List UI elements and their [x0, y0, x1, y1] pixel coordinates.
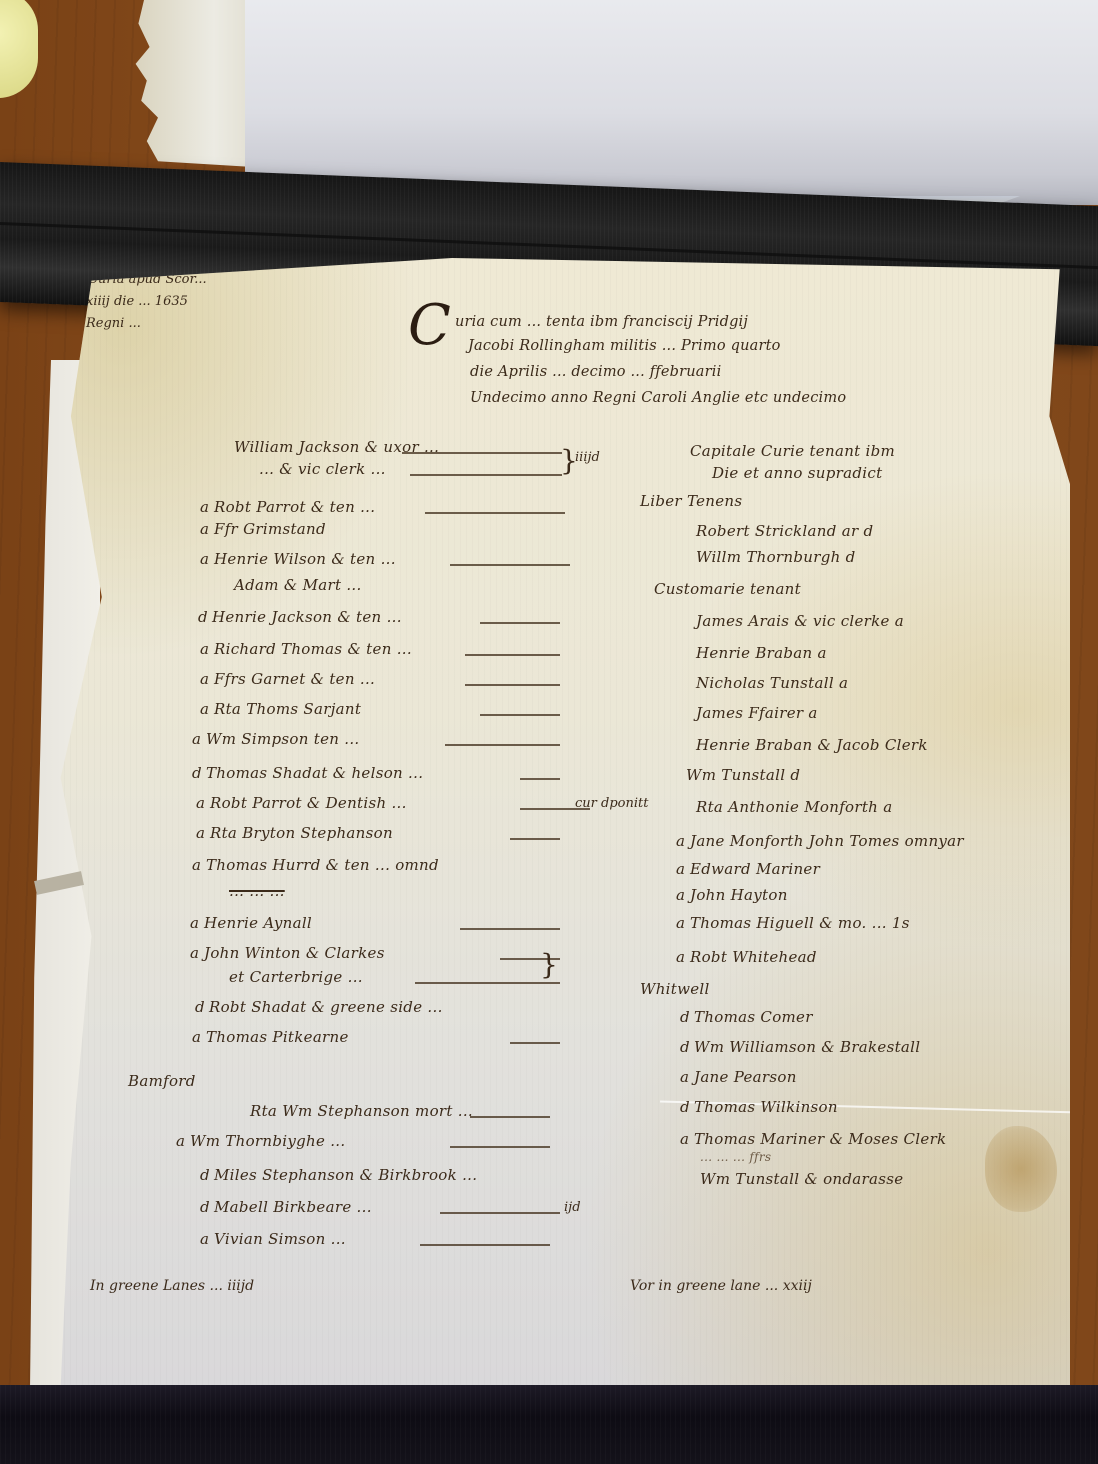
entry-rule	[402, 452, 562, 454]
entry-rule	[480, 622, 560, 624]
footer-left: In greene Lanes ... iiijd	[90, 1278, 254, 1294]
right-entry-25: ... ... ... ffrs	[700, 1150, 771, 1164]
left-entry-4: aFfr Grimstand	[200, 520, 326, 538]
entry-rule	[480, 714, 560, 716]
left-entry-18: aJohn Winton & Clarkes	[190, 944, 385, 962]
section-marker: Bamford	[128, 1072, 196, 1090]
entry-rule	[420, 1244, 550, 1246]
right-entry-26: Wm Tunstall & ondarasse	[700, 1170, 903, 1188]
right-entry-15: aEdward Mariner	[676, 860, 820, 878]
left-lower-entry-2: aWm Thornbiyghe ...	[176, 1132, 345, 1150]
leather-binding-bottom	[0, 1385, 1098, 1464]
entry-rule	[440, 1212, 560, 1214]
right-entry-18: aRobt Whitehead	[676, 948, 817, 966]
left-entry-8: aRichard Thomas & ten ...	[200, 640, 412, 658]
right-entry-5: Willm Thornburgh d	[696, 548, 856, 566]
left-lower-entry-5: aVivian Simson ...	[200, 1230, 346, 1248]
left-entry-6: Adam & Mart ...	[220, 576, 362, 594]
right-entry-9: Nicholas Tunstall a	[696, 674, 848, 692]
manuscript-page: Curia apud Scor... xiiij die ... 1635 Re…	[40, 258, 1070, 1388]
left-entry-11: aWm Simpson ten ...	[192, 730, 360, 748]
entry-rule	[510, 838, 560, 840]
left-entry-3: aRobt Parrot & ten ...	[200, 498, 375, 516]
left-lower-entry-1: Rta Wm Stephanson mort ...	[236, 1102, 473, 1120]
margin-note-line-2: xiiij die ... 1635	[86, 294, 188, 309]
left-entry-2: ... & vic clerk ...	[245, 460, 386, 478]
entry-rule	[410, 474, 562, 476]
margin-note-line-3: Regni ...	[86, 316, 141, 331]
photo-scene: Curia apud Scor... xiiij die ... 1635 Re…	[0, 0, 1098, 1464]
entry-rule	[460, 928, 560, 930]
heading-line-3: die Aprilis ... decimo ... ffebruarii	[470, 364, 721, 380]
left-entry-20: dRobt Shadat & greene side ...	[195, 998, 443, 1016]
entry-rule	[450, 564, 570, 566]
right-entry-22: aJane Pearson	[680, 1068, 797, 1086]
right-entry-14: aJane Monforth John Tomes omnyar	[676, 832, 964, 850]
left-entry-10: aRta Thoms Sarjant	[200, 700, 361, 718]
right-entry-2: Die et anno supradict	[712, 464, 882, 482]
heading-line-4: Undecimo anno Regni Caroli Anglie etc un…	[470, 390, 846, 406]
entry-rule	[445, 744, 560, 746]
right-entry-19: Whitwell	[640, 980, 710, 998]
left-entry-5: aHenrie Wilson & ten ...	[200, 550, 396, 568]
left-lower-entry-4: dMabell Birkbeare ...	[200, 1198, 372, 1216]
left-entry-21: aThomas Pitkearne	[192, 1028, 349, 1046]
left-entry-7: dHenrie Jackson & ten ...	[198, 608, 402, 626]
right-entry-24: aThomas Mariner & Moses Clerk	[680, 1130, 946, 1148]
right-entry-1: Capitale Curie tenant ibm	[690, 442, 895, 460]
left-entry-struck: ... ... ...	[215, 882, 285, 900]
right-entry-3: Liber Tenens	[640, 492, 742, 510]
bracket-amount-1: iiijd	[575, 450, 600, 465]
left-entry-17: aHenrie Aynall	[190, 914, 312, 932]
right-entry-13: Rta Anthonie Monforth a	[696, 798, 892, 816]
margin-annotation: cur dponitt	[575, 796, 648, 811]
right-entry-23: dThomas Wilkinson	[680, 1098, 838, 1116]
left-entry-15: aThomas Hurrd & ten ... omnd	[192, 856, 439, 874]
left-entry-19: et Carterbrige ...	[215, 968, 363, 986]
left-entry-9: aFfrs Garnet & ten ...	[200, 670, 375, 688]
heading-initial: C	[408, 298, 451, 354]
right-entry-20: dThomas Comer	[680, 1008, 813, 1026]
right-entry-12: Wm Tunstall d	[686, 766, 800, 784]
entry-rule	[450, 1146, 550, 1148]
right-entry-7: James Arais & vic clerke a	[696, 612, 904, 630]
left-entry-13: aRobt Parrot & Dentish ...	[196, 794, 407, 812]
water-stain	[985, 1126, 1057, 1212]
right-entry-17: aThomas Higuell & mo. ... 1s	[676, 914, 910, 932]
right-entry-6: Customarie tenant	[654, 580, 801, 598]
left-entry-12: dThomas Shadat & helson ...	[192, 764, 423, 782]
heading-line-2: Jacobi Rollingham militis ... Primo quar…	[468, 338, 781, 354]
entry-rule	[465, 684, 560, 686]
right-entry-21: dWm Williamson & Brakestall	[680, 1038, 920, 1056]
heading-line-1: uria cum ... tenta ibm franciscij Pridgi…	[455, 314, 748, 330]
footer-right: Vor in greene lane ... xxiij	[630, 1278, 812, 1294]
right-entry-8: Henrie Braban a	[696, 644, 827, 662]
left-lower-entry-3: dMiles Stephanson & Birkbrook ...	[200, 1166, 477, 1184]
entry-rule	[520, 778, 560, 780]
right-entry-4: Robert Strickland ar d	[696, 522, 873, 540]
left-lower-mark: ijd	[564, 1200, 581, 1215]
right-entry-10: James Ffairer a	[696, 704, 818, 722]
right-entry-16: aJohn Hayton	[676, 886, 788, 904]
entry-rule	[415, 982, 560, 984]
entry-rule	[470, 1116, 550, 1118]
entry-rule	[425, 512, 565, 514]
left-entry-14: aRta Bryton Stephanson	[196, 824, 393, 842]
bracket-mark: }	[540, 948, 558, 981]
entry-rule	[510, 1042, 560, 1044]
entry-rule	[465, 654, 560, 656]
paper-texture	[40, 258, 1070, 1388]
right-entry-11: Henrie Braban & Jacob Clerk	[696, 736, 928, 754]
rolled-white-paper	[245, 0, 1098, 205]
